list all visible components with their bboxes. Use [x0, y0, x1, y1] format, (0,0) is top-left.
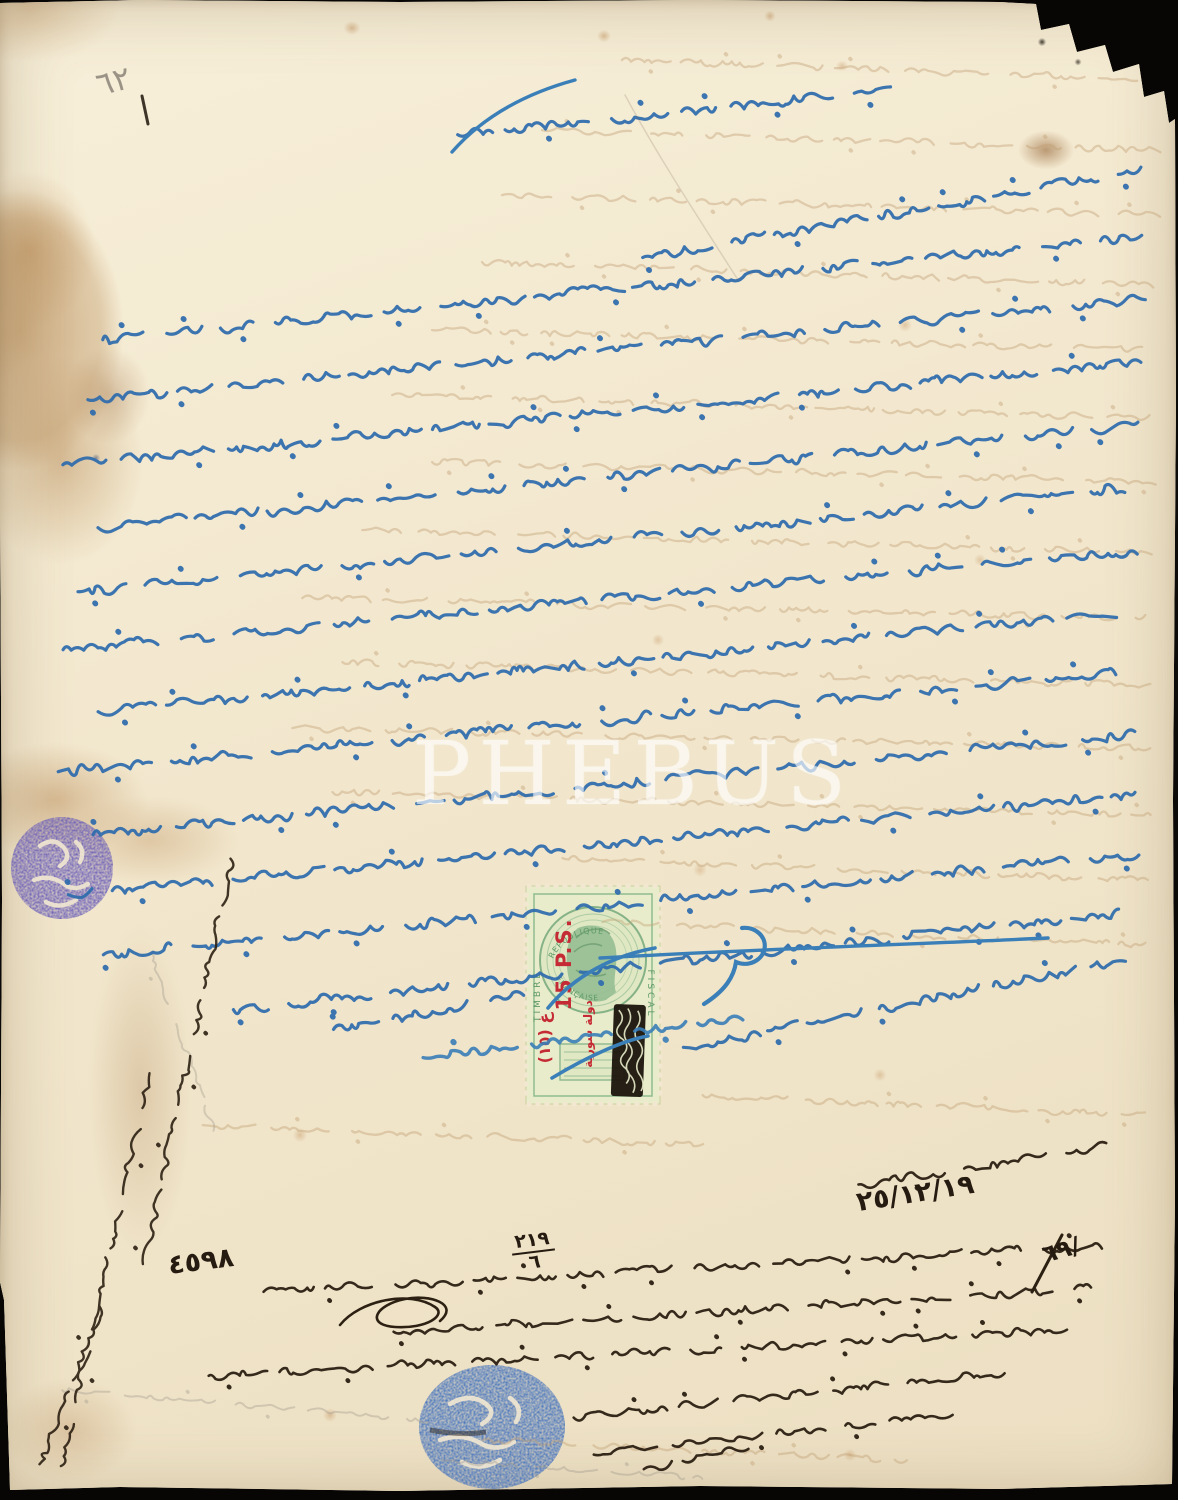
ghost-verso-text	[203, 54, 1161, 1464]
stamp-black-overprint	[611, 1004, 646, 1097]
black-annotations	[209, 1142, 1106, 1470]
margin-black-column	[40, 859, 234, 1466]
bottom-round-seal	[419, 1365, 565, 1489]
stamp-overprint-value: 15 P.S.	[552, 917, 576, 1010]
photo-scene: TIMBRE FISCAL REPUBLIQUE FRANÇAISE	[0, 0, 1178, 1500]
stamp-band-right: FISCAL	[645, 970, 655, 1019]
reference-slash	[1032, 1235, 1062, 1292]
signature-scrawl	[340, 1298, 447, 1327]
cancel-nine-glyph	[704, 928, 765, 1004]
handwriting-artwork: TIMBRE FISCAL REPUBLIQUE FRANÇAISE	[0, 0, 1178, 1500]
title-flourish	[452, 80, 575, 152]
fiscal-stamp: TIMBRE FISCAL REPUBLIQUE FRANÇAISE	[523, 883, 662, 1106]
cancel-line	[600, 938, 1048, 958]
ink-tick-top	[142, 96, 148, 124]
